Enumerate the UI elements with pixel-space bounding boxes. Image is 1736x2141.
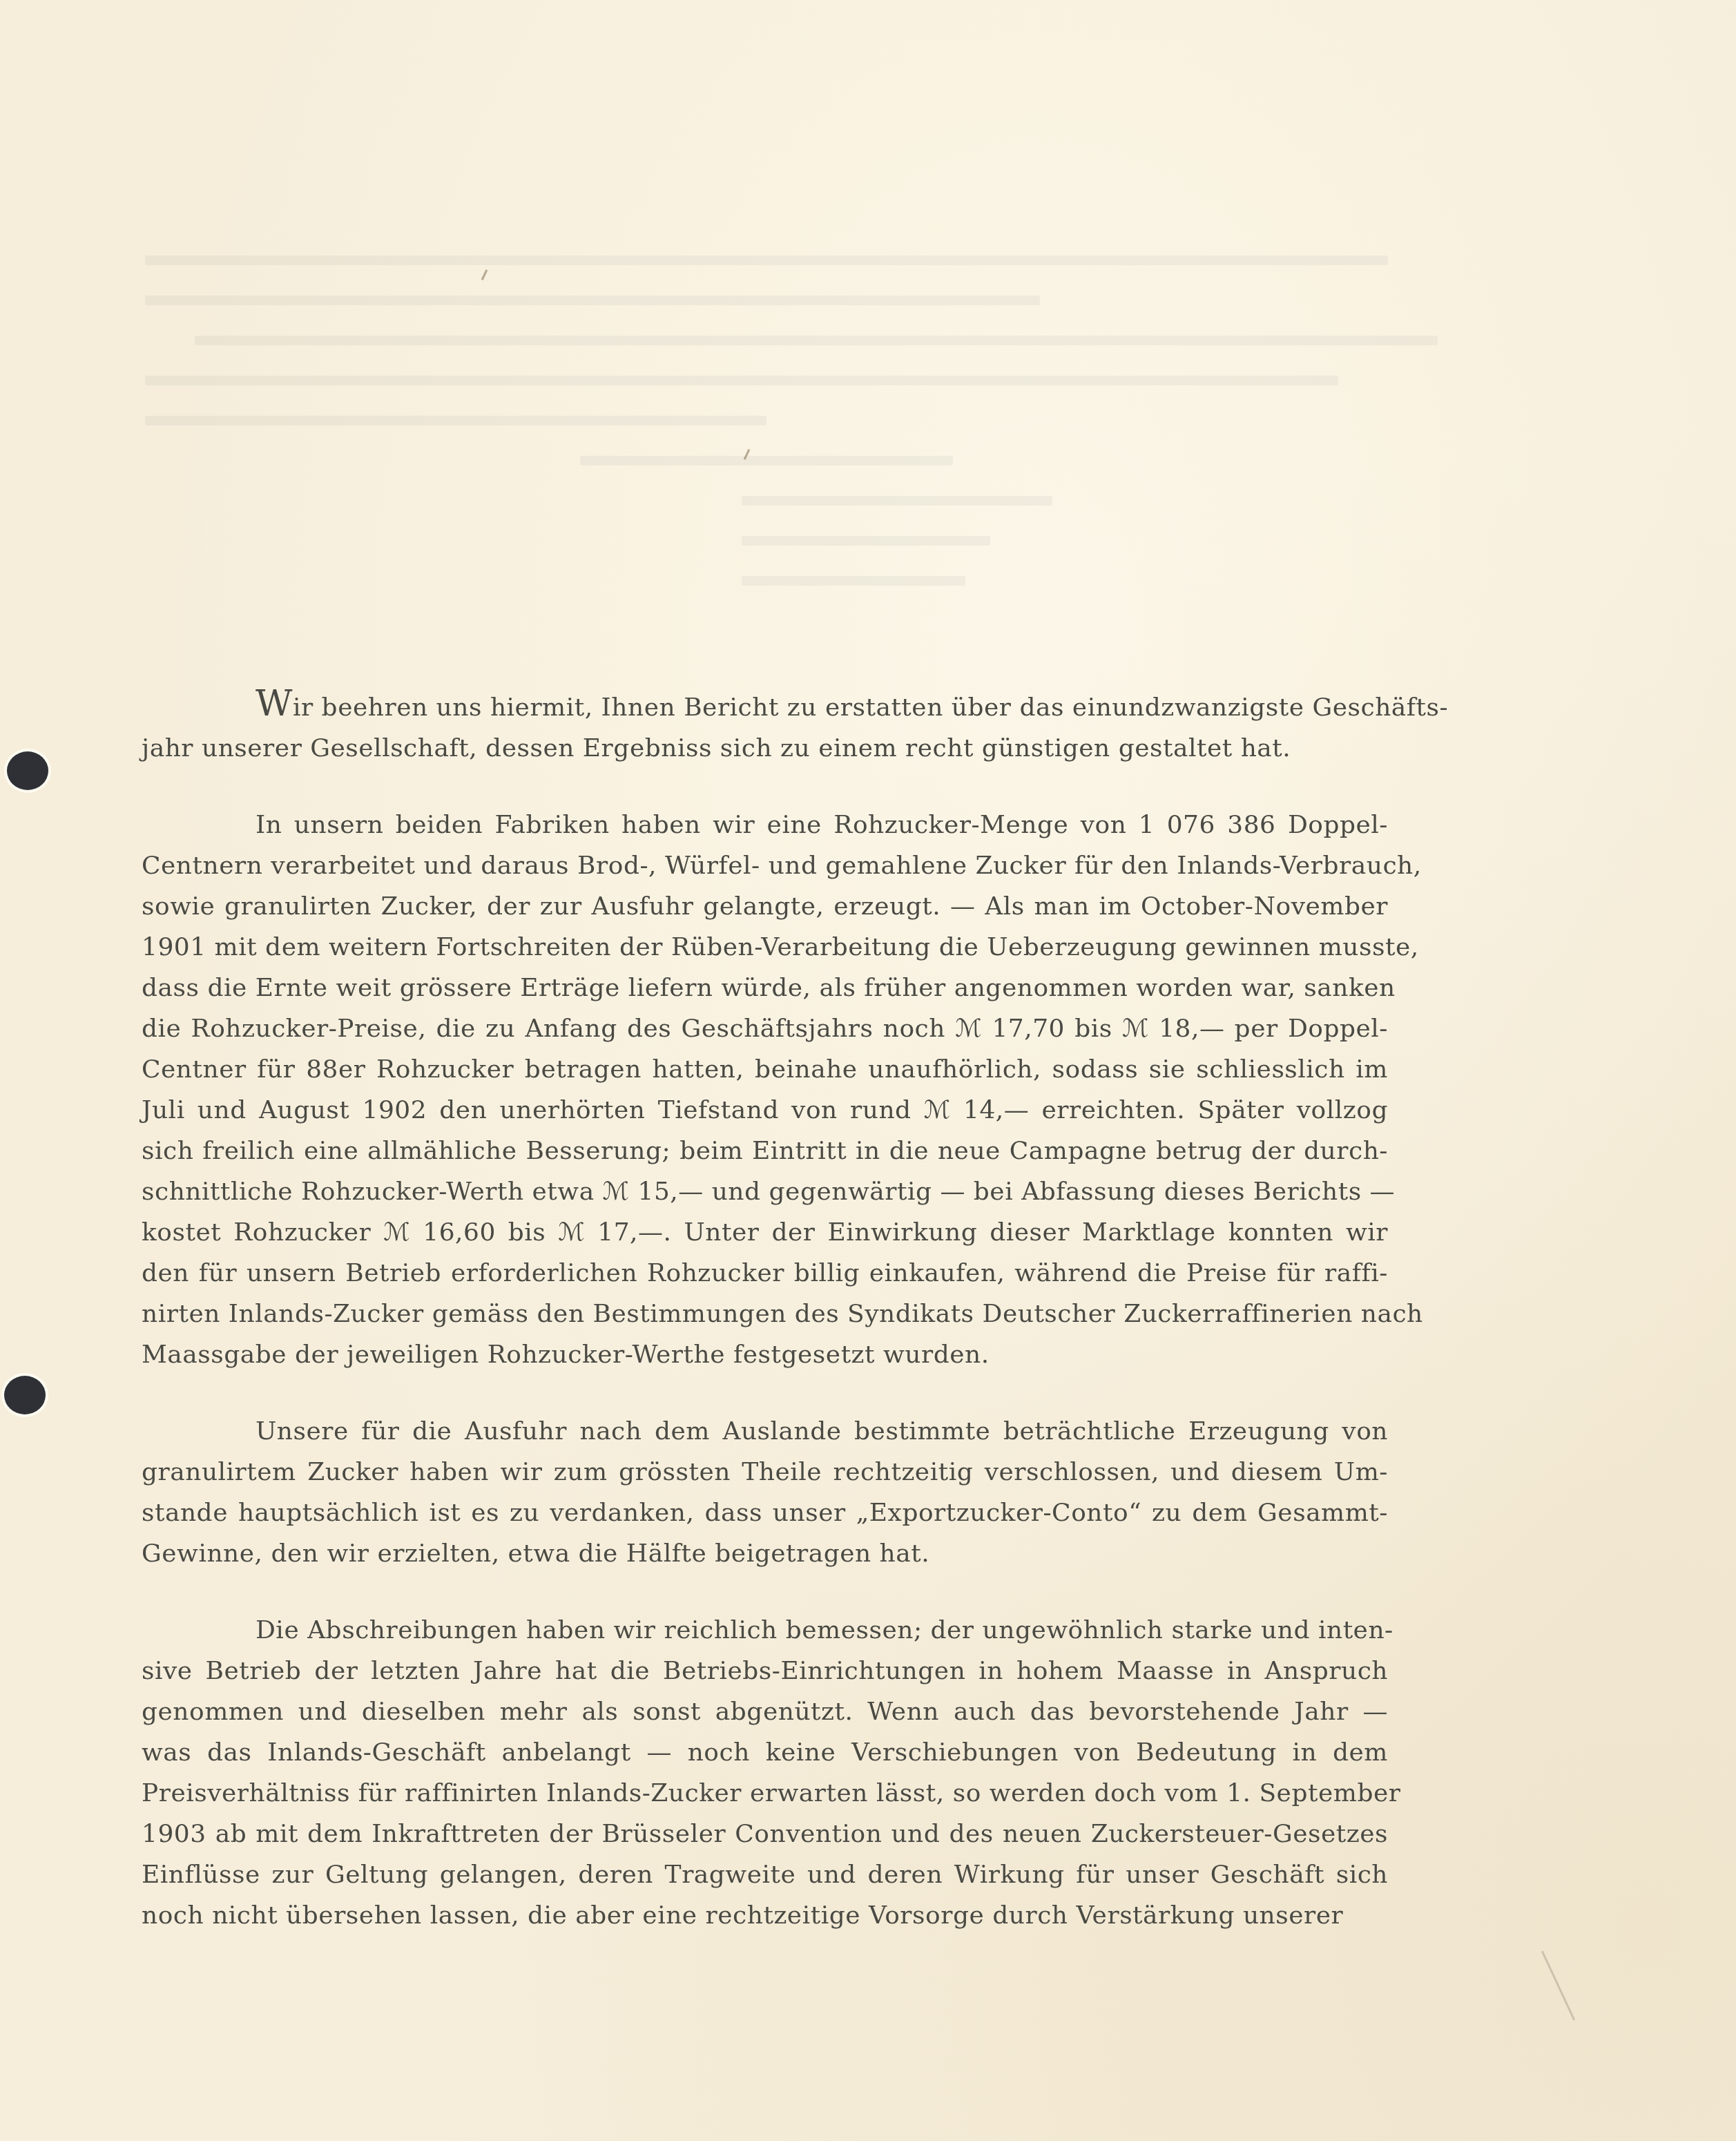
paragraph: Unsere für die Ausfuhr nach dem Auslande… <box>142 1411 1388 1574</box>
text-line: sive Betrieb der letzten Jahre hat die B… <box>142 1651 1388 1691</box>
text-line: sich freilich eine allmähliche Besserung… <box>142 1131 1388 1171</box>
text-line: Centnern verarbeitet und daraus Brod-, W… <box>142 845 1388 886</box>
bleed-through-text <box>145 256 1388 656</box>
text-line: kostet Rohzucker ℳ 16,60 bis ℳ 17,—. Unt… <box>142 1212 1388 1253</box>
paragraph: In unsern beiden Fabriken haben wir eine… <box>142 805 1388 1375</box>
text-line: Juli und August 1902 den unerhörten Tief… <box>142 1090 1388 1131</box>
paragraph: Wir beehren uns hiermit, Ihnen Bericht z… <box>142 687 1388 769</box>
paper-speck <box>481 269 488 280</box>
paper-crease <box>1541 1951 1575 2021</box>
text-line: was das Inlands-Geschäft anbelangt — noc… <box>142 1732 1388 1773</box>
report-body: Wir beehren uns hiermit, Ihnen Bericht z… <box>142 687 1388 1936</box>
punch-hole <box>7 751 48 790</box>
text-line: Wir beehren uns hiermit, Ihnen Bericht z… <box>142 687 1388 728</box>
initial-letter: W <box>255 683 293 724</box>
text-line: Maassgabe der jeweiligen Rohzucker-Werth… <box>142 1334 1388 1375</box>
text-line: sowie granulirten Zucker, der zur Ausfuh… <box>142 886 1388 927</box>
text-line: nirten Inlands-Zucker gemäss den Bestimm… <box>142 1294 1388 1334</box>
paragraph: Die Abschreibungen haben wir reichlich b… <box>142 1610 1388 1936</box>
text-line: Centner für 88er Rohzucker betragen hatt… <box>142 1049 1388 1090</box>
text-line: In unsern beiden Fabriken haben wir eine… <box>142 805 1388 845</box>
text-line: die Rohzucker-Preise, die zu Anfang des … <box>142 1008 1388 1049</box>
text-line: 1901 mit dem weitern Fortschreiten der R… <box>142 927 1388 968</box>
text-line: Einflüsse zur Geltung gelangen, deren Tr… <box>142 1854 1388 1895</box>
text-line: noch nicht übersehen lassen, die aber ei… <box>142 1895 1388 1936</box>
text-line: Preisverhältniss für raffinirten Inlands… <box>142 1773 1388 1814</box>
text-line: genommen und dieselben mehr als sonst ab… <box>142 1691 1388 1732</box>
text-line: schnittliche Rohzucker-Werth etwa ℳ 15,—… <box>142 1171 1388 1212</box>
punch-hole <box>4 1376 46 1414</box>
text-line: Die Abschreibungen haben wir reichlich b… <box>142 1610 1388 1651</box>
text-line: jahr unserer Gesellschaft, dessen Ergebn… <box>142 728 1388 769</box>
text-line: dass die Ernte weit grössere Erträge lie… <box>142 968 1388 1008</box>
paper-speck <box>744 449 750 460</box>
text-line: stande hauptsächlich ist es zu verdanken… <box>142 1492 1388 1533</box>
text-line: granulirtem Zucker haben wir zum grösste… <box>142 1452 1388 1492</box>
text-line: den für unsern Betrieb erforderlichen Ro… <box>142 1253 1388 1294</box>
text-line: Unsere für die Ausfuhr nach dem Auslande… <box>142 1411 1388 1452</box>
text-line: 1903 ab mit dem Inkrafttreten der Brüsse… <box>142 1814 1388 1854</box>
text-line: Gewinne, den wir erzielten, etwa die Häl… <box>142 1533 1388 1574</box>
